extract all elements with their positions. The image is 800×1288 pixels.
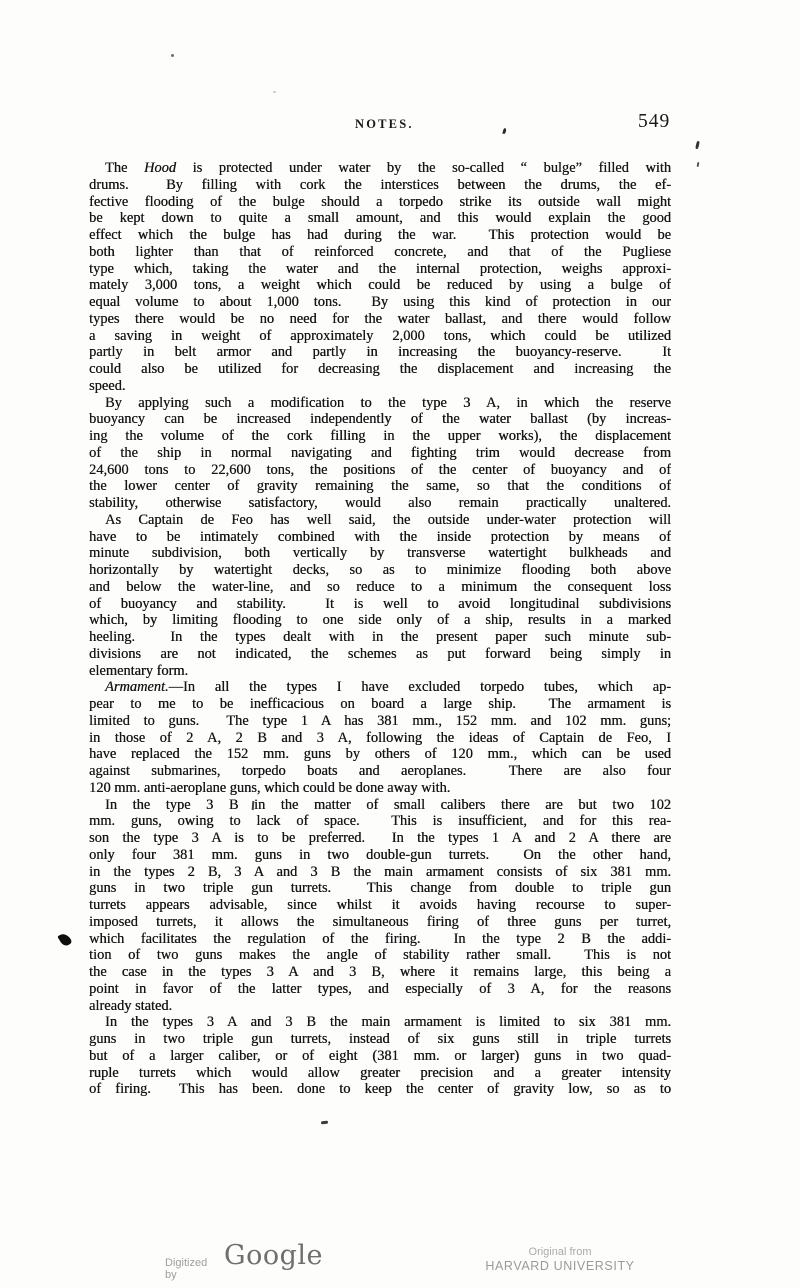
text-line: mm. guns, owing to lack of space. This i… (89, 813, 671, 830)
ink-mark (697, 162, 700, 167)
ink-mark (321, 1121, 328, 1124)
text-line: elementary form. (89, 663, 671, 680)
text-line: divisions are not indicated, the schemes… (89, 646, 671, 663)
text-line: both lighter than that of reinforced con… (89, 244, 671, 261)
text-line: guns in two triple gun turrets, instead … (89, 1031, 671, 1048)
text-line: Armament.—In all the types I have exclud… (89, 679, 671, 696)
text-line: guns in two triple gun turrets. This cha… (89, 880, 671, 897)
page-number: 549 (638, 111, 670, 133)
text-line: drums. By filling with cork the intersti… (89, 177, 671, 194)
paragraph-4: Armament.—In all the types I have exclud… (89, 679, 671, 796)
text-line: of the ship in normal navigating and fig… (89, 445, 671, 462)
text-line: could also be utilized for decreasing th… (89, 361, 671, 378)
text-line: which facilitates the regulation of the … (89, 931, 671, 948)
text-line: minute subdivision, both vertically by t… (89, 545, 671, 562)
text-line: types there would be no need for the wat… (89, 311, 671, 328)
text-line: imposed turrets, it allows the simultane… (89, 914, 671, 931)
text-line: buoyancy can be increased independently … (89, 411, 671, 428)
text-line: By applying such a modification to the t… (89, 395, 671, 412)
text-line: against submarines, torpedo boats and ae… (89, 763, 671, 780)
scan-speck (171, 54, 174, 57)
text-line: have replaced the 152 mm. guns by others… (89, 746, 671, 763)
paragraph-5: In the type 3 B in the matter of small c… (89, 797, 671, 1015)
text-line: in those of 2 A, 2 B and 3 A, following … (89, 730, 671, 747)
text-line: pear to me to be inefficacious on board … (89, 696, 671, 713)
text-line: the lower center of gravity remaining th… (89, 478, 671, 495)
paragraph-1: The Hood is protected under water by the… (89, 160, 671, 395)
text-line: the case in the types 3 A and 3 B, where… (89, 964, 671, 981)
text-line: ing the volume of the cork filling in th… (89, 428, 671, 445)
text-line: effect which the bulge has had during th… (89, 227, 671, 244)
scan-speck (273, 91, 276, 93)
text-line: mately 3,000 tons, a weight which could … (89, 277, 671, 294)
text-line: heeling. In the types dealt with in the … (89, 629, 671, 646)
text-line: 24,600 tons to 22,600 tons, the position… (89, 462, 671, 479)
page-title: NOTES. (355, 117, 414, 132)
text-block: The Hood is protected under water by the… (89, 160, 671, 1098)
paragraph-3: As Captain de Feo has well said, the out… (89, 512, 671, 680)
text-line: and below the water-line, and so reduce … (89, 579, 671, 596)
text-line: of firing. This has been. done to keep t… (89, 1081, 671, 1098)
paragraph-2: By applying such a modification to the t… (89, 395, 671, 512)
digitized-by-label: Digitized by (165, 1257, 207, 1281)
text-line: only four 381 mm. guns in two double-gun… (89, 847, 671, 864)
institution-label: HARVARD UNIVERSITY (468, 1259, 652, 1274)
text-line: speed. (89, 378, 671, 395)
text-line: have to be intimately combined with the … (89, 529, 671, 546)
original-from-label: Original from (468, 1246, 652, 1259)
text-line: fective flooding of the bulge should a t… (89, 194, 671, 211)
text-line: stability, otherwise satisfactory, would… (89, 495, 671, 512)
text-line: but of a larger caliber, or of eight (38… (89, 1048, 671, 1065)
text-line: in the types 2 B, 3 A and 3 B the main a… (89, 864, 671, 881)
ink-mark (502, 128, 506, 135)
footer-right: Original from HARVARD UNIVERSITY (468, 1246, 652, 1274)
text-line: type which, taking the water and the int… (89, 261, 671, 278)
text-line: tion of two guns makes the angle of stab… (89, 947, 671, 964)
google-logo: Google (224, 1240, 323, 1271)
text-line: In the type 3 B in the matter of small c… (89, 797, 671, 814)
text-line: ruple turrets which would allow greater … (89, 1065, 671, 1082)
text-line: The Hood is protected under water by the… (89, 160, 671, 177)
text-line: As Captain de Feo has well said, the out… (89, 512, 671, 529)
text-line: a saving in weight of approximately 2,00… (89, 328, 671, 345)
scanned-page: NOTES. 549 The Hood is protected under w… (0, 0, 800, 1288)
text-line: of buoyancy and stability. It is well to… (89, 596, 671, 613)
text-line: limited to guns. The type 1 A has 381 mm… (89, 713, 671, 730)
text-line: which, by limiting flooding to one side … (89, 612, 671, 629)
text-line: In the types 3 A and 3 B the main armame… (89, 1014, 671, 1031)
text-line: be kept down to quite a small amount, an… (89, 210, 671, 227)
ink-mark (695, 141, 699, 149)
text-line: equal volume to about 1,000 tons. By usi… (89, 294, 671, 311)
paragraph-6: In the types 3 A and 3 B the main armame… (89, 1014, 671, 1098)
text-line: son the type 3 A is to be preferred. In … (89, 830, 671, 847)
text-line: 120 mm. anti-aeroplane guns, which could… (89, 780, 671, 797)
text-line: turrets appears advisable, since whilst … (89, 897, 671, 914)
text-line: point in favor of the latter types, and … (89, 981, 671, 998)
text-line: already stated. (89, 998, 671, 1015)
text-line: partly in belt armor and partly in incre… (89, 344, 671, 361)
ink-blot (57, 931, 72, 947)
text-line: horizontally by watertight decks, so as … (89, 562, 671, 579)
